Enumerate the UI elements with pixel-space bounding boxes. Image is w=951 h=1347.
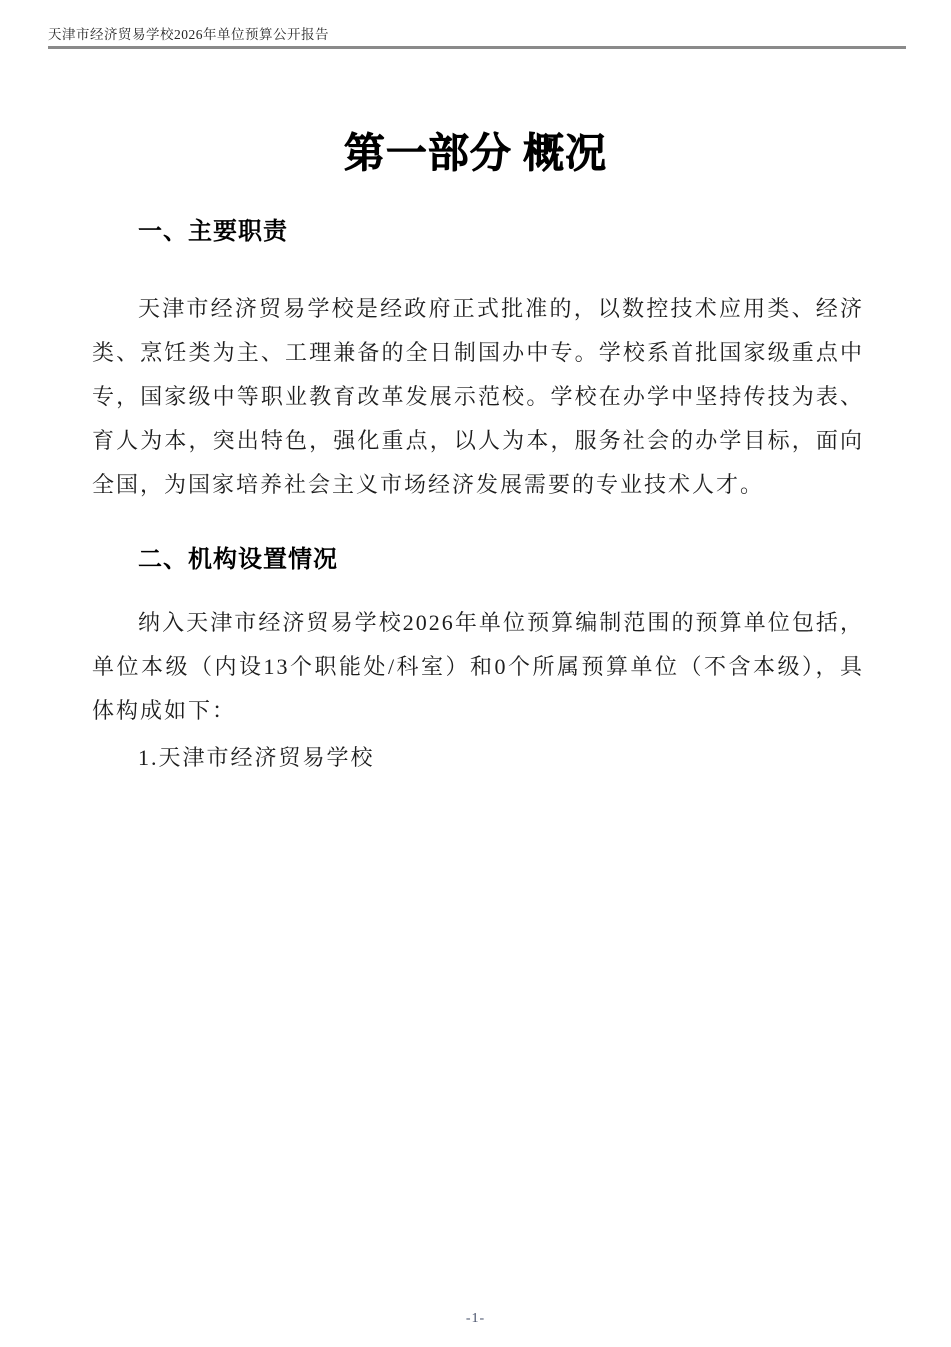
section-2-list-item: 1.天津市经济贸易学校 (92, 736, 864, 780)
page-number: -1- (0, 1310, 951, 1328)
header-rule (48, 46, 906, 49)
section-heading-organization-setup: 二、机构设置情况 (138, 546, 338, 574)
section-heading-main-duties: 一、主要职责 (138, 218, 288, 246)
section-2-paragraph: 纳入天津市经济贸易学校2026年单位预算编制范围的预算单位包括，单位本级（内设1… (92, 601, 864, 733)
section-1-paragraph: 天津市经济贸易学校是经政府正式批准的，以数控技术应用类、经济类、烹饪类为主、工理… (92, 287, 864, 507)
document-title: 第一部分 概况 (0, 128, 951, 178)
page-header-title: 天津市经济贸易学校2026年单位预算公开报告 (48, 27, 329, 43)
document-page: 天津市经济贸易学校2026年单位预算公开报告 第一部分 概况 一、主要职责 天津… (0, 0, 951, 1347)
